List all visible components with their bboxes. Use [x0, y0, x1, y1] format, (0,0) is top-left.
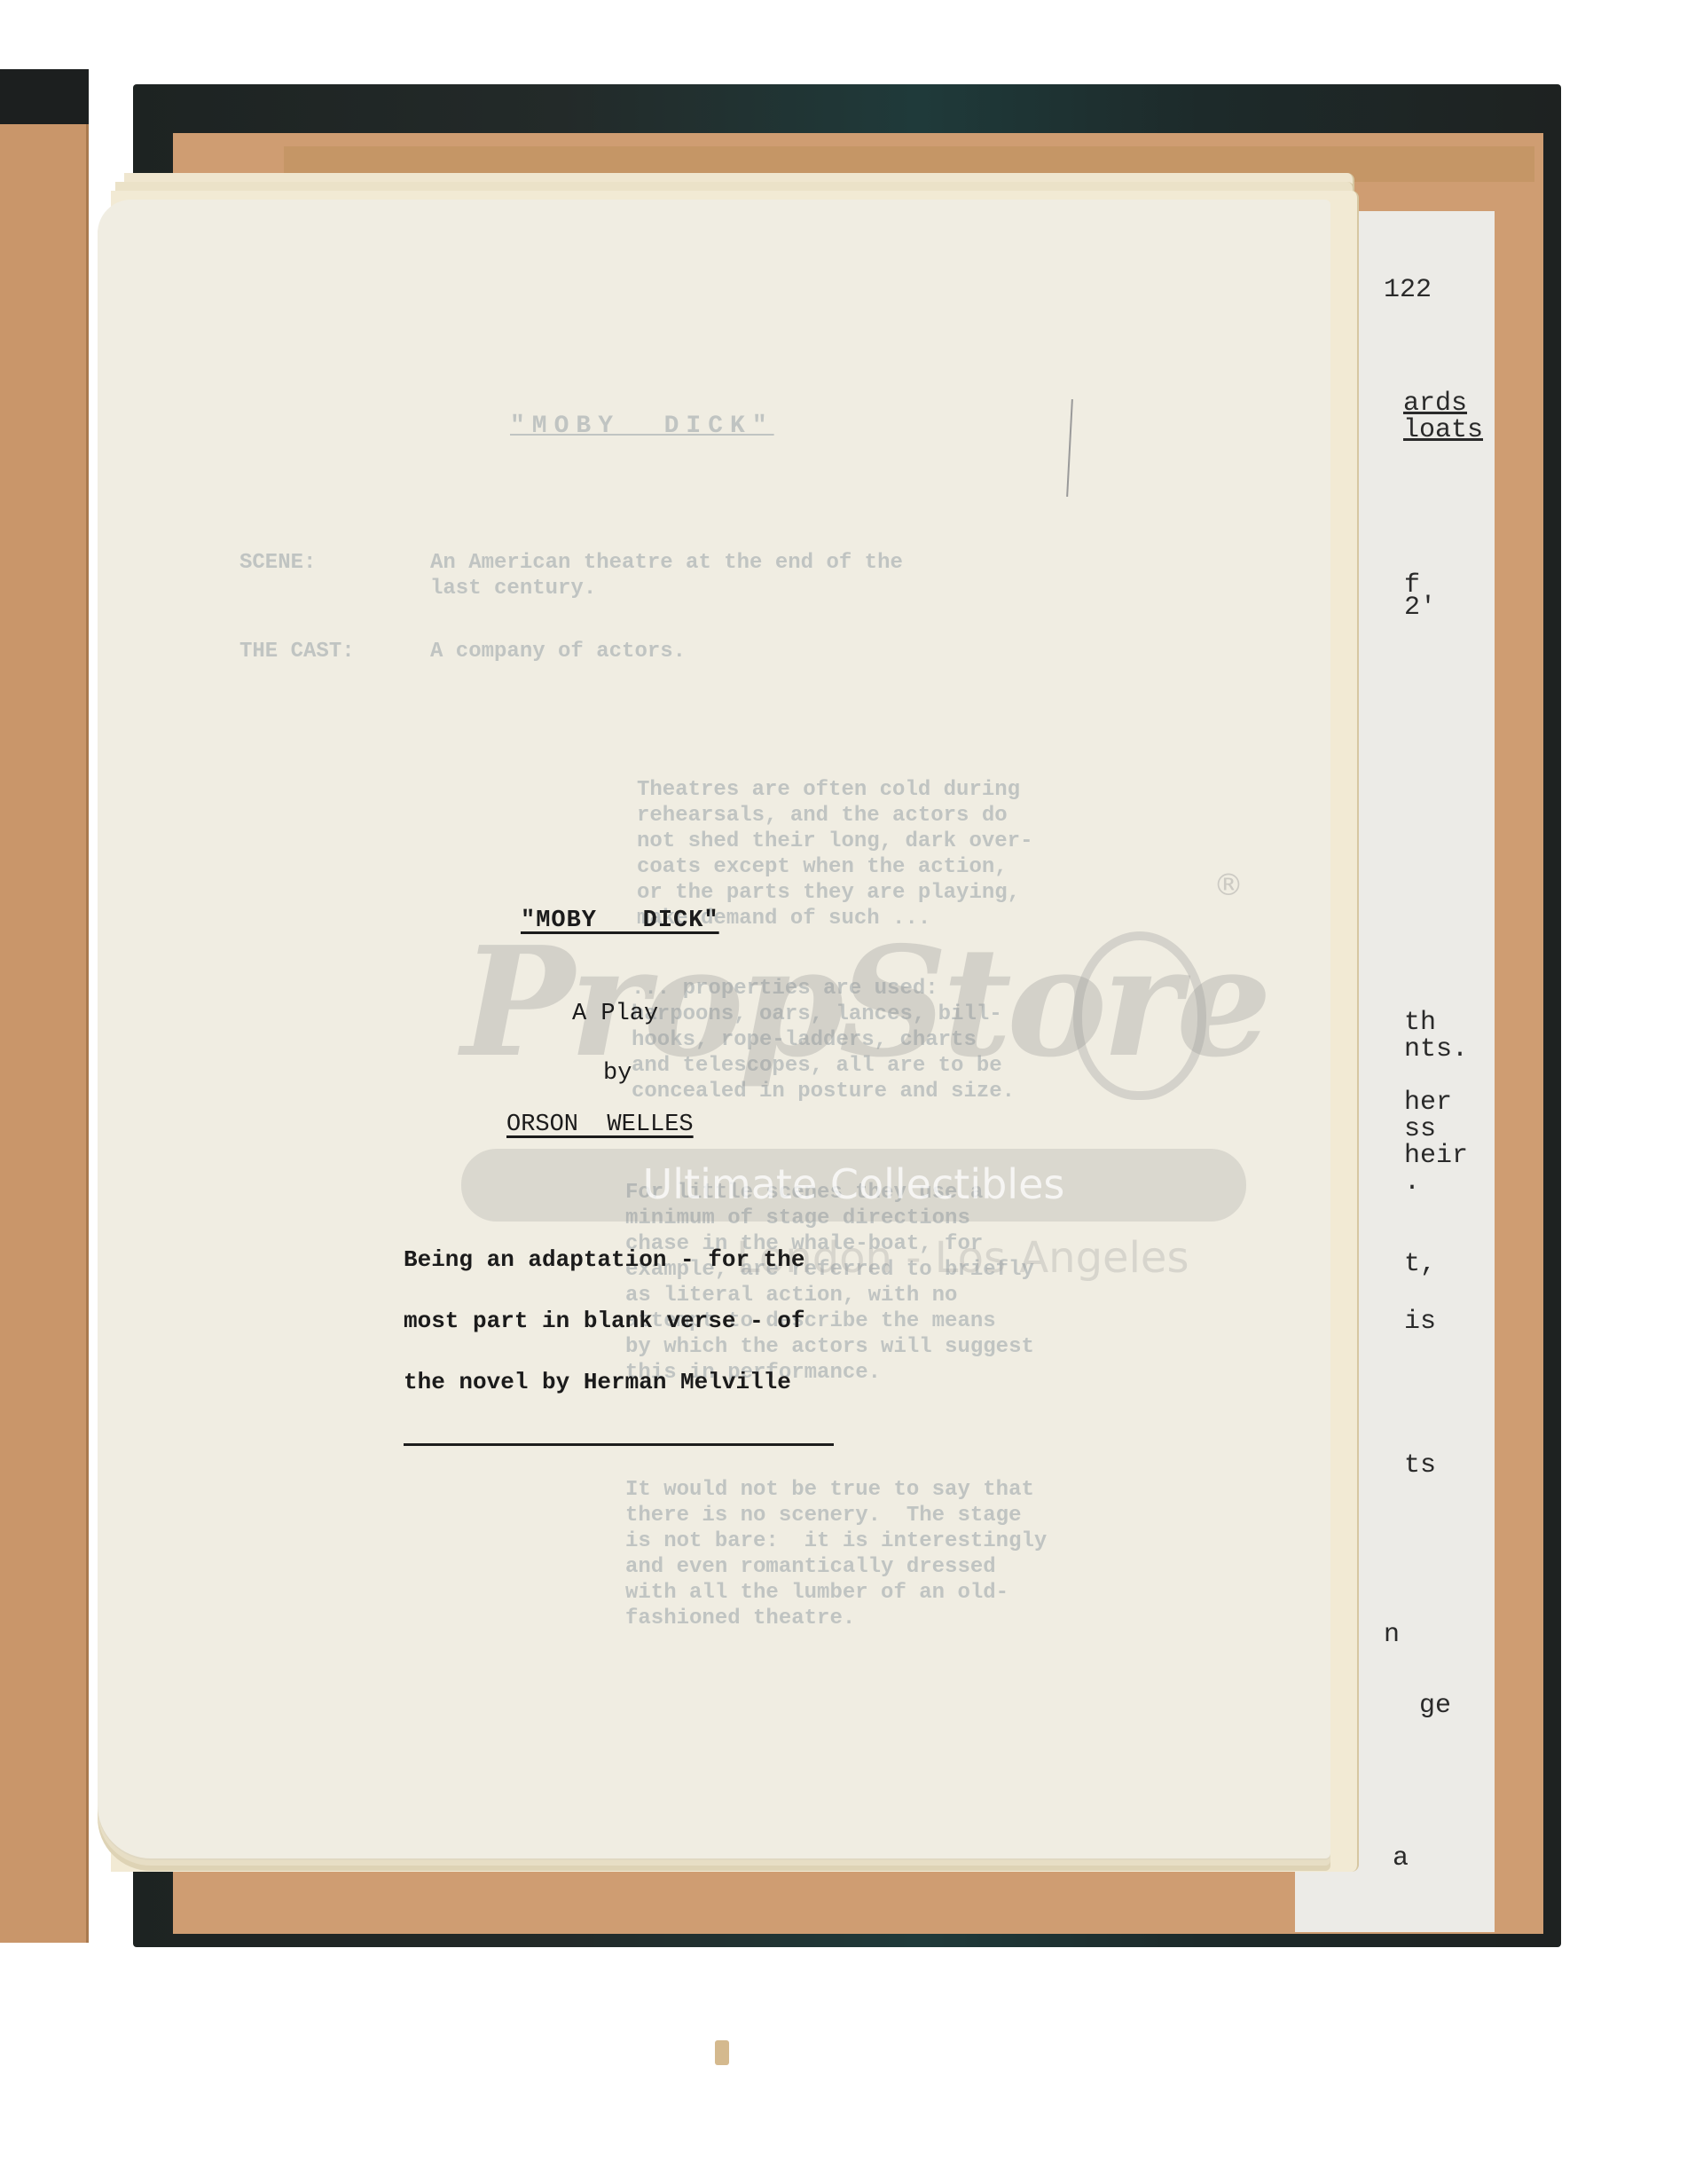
fragment: a [1393, 1845, 1409, 1872]
fragment: loats [1403, 417, 1483, 444]
ghost-scene-label: SCENE: [239, 550, 316, 576]
play-title: "MOBY DICK" [521, 907, 719, 934]
ghost-cast-label: THE CAST: [239, 639, 355, 664]
fragment: ss [1404, 1116, 1436, 1143]
ghost-scene-text: An American theatre at the end of the la… [430, 550, 903, 601]
fragment: . [1404, 1169, 1420, 1196]
watermark-registered: ® [1213, 868, 1244, 903]
fragment: ards [1403, 390, 1467, 417]
fragment: n [1384, 1622, 1400, 1648]
play-title-text: "MOBY DICK" [521, 907, 719, 934]
ghost-heading: "MOBY DICK" [510, 413, 774, 439]
fragment: is [1404, 1308, 1436, 1335]
fragment: her [1404, 1089, 1452, 1116]
ghost-cast-text: A company of actors. [430, 639, 686, 664]
horizontal-rule [404, 1443, 834, 1446]
fragment: heir [1404, 1143, 1468, 1169]
fragment: nts. [1404, 1036, 1468, 1063]
play-author: ORSON WELLES [506, 1112, 694, 1138]
fragment: ge [1419, 1693, 1451, 1719]
play-subtitle: A Play [572, 1001, 658, 1027]
fragment: 2' [1404, 594, 1436, 621]
fragment: ts [1404, 1452, 1436, 1479]
fragment: 122 [1384, 277, 1432, 303]
description-line: the novel by Herman Melville [404, 1369, 791, 1395]
left-flyleaf [0, 124, 89, 1943]
binder-tab [715, 2040, 729, 2065]
play-by: by [603, 1060, 632, 1087]
ghost-paragraph: It would not be true to say that there i… [625, 1477, 1047, 1631]
play-author-text: ORSON WELLES [506, 1112, 694, 1138]
description-line: most part in blank verse - of [404, 1308, 804, 1334]
watermark-mask-icon [1073, 931, 1206, 1100]
description-line: Being an adaptation - for the [404, 1246, 804, 1273]
watermark-tagline: Ultimate Collectibles [461, 1160, 1246, 1208]
fragment: th [1404, 1010, 1436, 1036]
fragment: t, [1404, 1251, 1436, 1277]
